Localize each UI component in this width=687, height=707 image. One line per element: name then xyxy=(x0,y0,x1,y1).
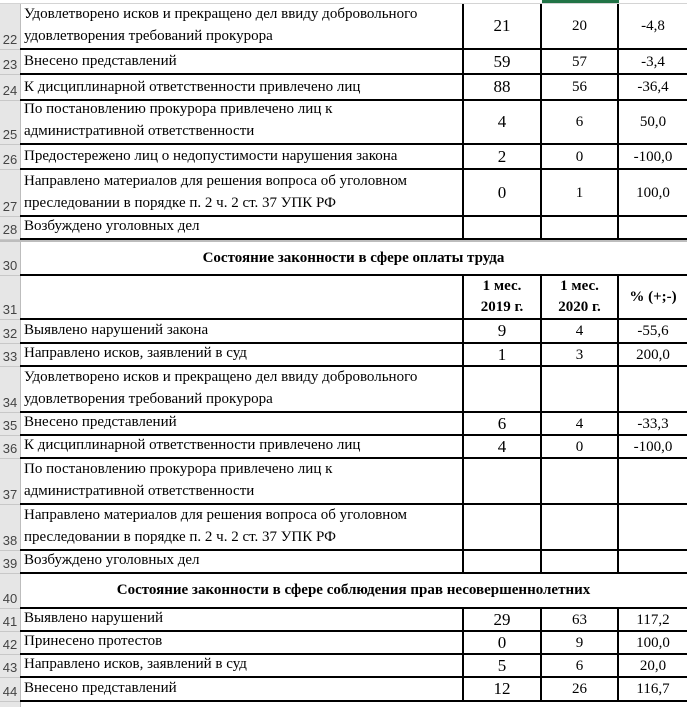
value-2019[interactable]: 2 xyxy=(464,145,542,170)
row-number[interactable]: 28 xyxy=(0,217,20,240)
value-2020[interactable]: 4 xyxy=(542,413,619,436)
table-row[interactable]: 26 Предостережено лиц о недопустимости н… xyxy=(0,145,687,170)
indicator-label[interactable]: Предостережено лиц о недопустимости нару… xyxy=(20,145,464,170)
header-2020[interactable]: 1 мес. 2020 г. xyxy=(542,276,619,320)
column-header-row[interactable]: 31 1 мес. 2019 г. 1 мес. 2020 г. % (+;-) xyxy=(0,276,687,320)
table-row[interactable]: 43 Направлено исков, заявлений в суд 5 6… xyxy=(0,655,687,678)
section-title[interactable]: Состояние законности в сфере оплаты труд… xyxy=(20,242,687,276)
indicator-label[interactable]: По постановлению прокурора привлечено ли… xyxy=(20,459,464,505)
percent-change[interactable]: 117,2 xyxy=(619,609,687,632)
table-row[interactable]: 44 Внесено представлений 12 26 116,7 xyxy=(0,678,687,702)
indicator-label[interactable]: Принесено протестов xyxy=(20,632,464,655)
table-row-partial[interactable] xyxy=(0,702,687,707)
row-number[interactable]: 27 xyxy=(0,170,20,217)
header-percent[interactable]: % (+;-) xyxy=(619,276,687,320)
percent-change[interactable]: 116,7 xyxy=(619,678,687,702)
percent-change[interactable]: 20,0 xyxy=(619,655,687,678)
row-number[interactable] xyxy=(0,702,20,707)
value-2019[interactable]: 5 xyxy=(464,655,542,678)
value-2020[interactable]: 56 xyxy=(542,75,619,101)
value-2019[interactable]: 12 xyxy=(464,678,542,702)
value-2020[interactable]: 1 xyxy=(542,170,619,217)
percent-change[interactable]: 200,0 xyxy=(619,344,687,367)
percent-change[interactable] xyxy=(619,551,687,574)
percent-change[interactable]: -33,3 xyxy=(619,413,687,436)
section-header-row[interactable]: 30 Состояние законности в сфере оплаты т… xyxy=(0,242,687,276)
table-row[interactable]: 42 Принесено протестов 0 9 100,0 xyxy=(0,632,687,655)
row-number[interactable]: 26 xyxy=(0,145,20,170)
value-2019[interactable]: 88 xyxy=(464,75,542,101)
indicator-label[interactable]: Направлено исков, заявлений в суд xyxy=(20,655,464,678)
indicator-label[interactable]: Выявлено нарушений закона xyxy=(20,320,464,344)
table-row[interactable]: 34 Удовлетворено исков и прекращено дел … xyxy=(0,367,687,413)
spreadsheet-grid: 22 Удовлетворено исков и прекращено дел … xyxy=(0,0,687,707)
indicator-header[interactable] xyxy=(20,276,464,320)
value-2019[interactable]: 4 xyxy=(464,101,542,145)
indicator-label[interactable]: Возбуждено уголовных дел xyxy=(20,551,464,574)
value-2019[interactable]: 4 xyxy=(464,436,542,459)
value-2020[interactable]: 3 xyxy=(542,344,619,367)
value-2020[interactable] xyxy=(542,551,619,574)
section-title[interactable]: Состояние законности в сфере соблюдения … xyxy=(20,574,687,609)
table-row[interactable]: 38 Направлено материалов для решения воп… xyxy=(0,505,687,551)
value-2020[interactable]: 9 xyxy=(542,632,619,655)
value-2020[interactable] xyxy=(542,367,619,413)
indicator-label[interactable]: Направлено материалов для решения вопрос… xyxy=(20,505,464,551)
value-2020[interactable]: 20 xyxy=(542,4,619,50)
table-row[interactable]: 25 По постановлению прокурора привлечено… xyxy=(0,101,687,145)
indicator-label[interactable]: По постановлению прокурора привлечено ли… xyxy=(20,101,464,145)
value-2019[interactable]: 1 xyxy=(464,344,542,367)
value-2019[interactable] xyxy=(464,459,542,505)
value-2020[interactable]: 0 xyxy=(542,145,619,170)
value-2019[interactable]: 59 xyxy=(464,50,542,75)
row-number[interactable]: 33 xyxy=(0,344,20,367)
percent-change[interactable] xyxy=(619,217,687,240)
percent-change[interactable] xyxy=(619,459,687,505)
table-row[interactable]: 23 Внесено представлений 59 57 -3,4 xyxy=(0,50,687,75)
indicator-label[interactable]: Выявлено нарушений xyxy=(20,609,464,632)
row-number[interactable]: 35 xyxy=(0,413,20,436)
percent-change[interactable] xyxy=(619,505,687,551)
percent-change[interactable]: 50,0 xyxy=(619,101,687,145)
percent-change[interactable]: -100,0 xyxy=(619,145,687,170)
value-2020[interactable]: 4 xyxy=(542,320,619,344)
indicator-label[interactable]: Удовлетворено исков и прекращено дел вви… xyxy=(20,367,464,413)
value-2019[interactable]: 0 xyxy=(464,170,542,217)
percent-change[interactable]: -100,0 xyxy=(619,436,687,459)
indicator-label[interactable]: Внесено представлений xyxy=(20,50,464,75)
row-number[interactable]: 30 xyxy=(0,242,20,276)
row-number[interactable]: 38 xyxy=(0,505,20,551)
indicator-label[interactable]: Удовлетворено исков и прекращено дел вви… xyxy=(20,4,464,50)
section-header-row[interactable]: 40 Состояние законности в сфере соблюден… xyxy=(0,574,687,609)
row-number[interactable]: 43 xyxy=(0,655,20,678)
table-row[interactable]: 22 Удовлетворено исков и прекращено дел … xyxy=(0,4,687,50)
value-2020[interactable]: 0 xyxy=(542,436,619,459)
row-number[interactable]: 36 xyxy=(0,436,20,459)
table-row[interactable]: 39 Возбуждено уголовных дел xyxy=(0,551,687,574)
row-number[interactable]: 22 xyxy=(0,4,20,50)
value-2020[interactable]: 57 xyxy=(542,50,619,75)
indicator-label[interactable]: Направлено исков, заявлений в суд xyxy=(20,344,464,367)
row-number[interactable]: 31 xyxy=(0,276,20,320)
table-row[interactable]: 37 По постановлению прокурора привлечено… xyxy=(0,459,687,505)
indicator-label[interactable]: Внесено представлений xyxy=(20,413,464,436)
row-number[interactable]: 42 xyxy=(0,632,20,655)
value-2020[interactable] xyxy=(542,217,619,240)
table-row[interactable]: 33 Направлено исков, заявлений в суд 1 3… xyxy=(0,344,687,367)
value-2019[interactable]: 29 xyxy=(464,609,542,632)
value-2019[interactable] xyxy=(464,551,542,574)
value-2019[interactable]: 9 xyxy=(464,320,542,344)
percent-change[interactable]: 100,0 xyxy=(619,632,687,655)
percent-change[interactable]: 100,0 xyxy=(619,170,687,217)
row-number[interactable]: 24 xyxy=(0,75,20,101)
header-2019[interactable]: 1 мес. 2019 г. xyxy=(464,276,542,320)
value-2020[interactable]: 26 xyxy=(542,678,619,702)
value-2019[interactable] xyxy=(464,217,542,240)
row-number[interactable]: 37 xyxy=(0,459,20,505)
row-number[interactable]: 23 xyxy=(0,50,20,75)
row-number[interactable]: 44 xyxy=(0,678,20,702)
percent-change[interactable]: -55,6 xyxy=(619,320,687,344)
value-2020[interactable]: 63 xyxy=(542,609,619,632)
row-number[interactable]: 25 xyxy=(0,101,20,145)
indicator-label[interactable]: К дисциплинарной ответственности привлеч… xyxy=(20,436,464,459)
percent-change[interactable]: -3,4 xyxy=(619,50,687,75)
percent-change[interactable]: -36,4 xyxy=(619,75,687,101)
value-2019[interactable] xyxy=(464,505,542,551)
indicator-label[interactable]: Возбуждено уголовных дел xyxy=(20,217,464,240)
row-number[interactable]: 32 xyxy=(0,320,20,344)
indicator-label[interactable]: Направлено материалов для решения вопрос… xyxy=(20,170,464,217)
row-number[interactable]: 34 xyxy=(0,367,20,413)
table-row[interactable]: 28 Возбуждено уголовных дел xyxy=(0,217,687,240)
table-row[interactable]: 41 Выявлено нарушений 29 63 117,2 xyxy=(0,609,687,632)
value-2020[interactable]: 6 xyxy=(542,655,619,678)
value-2019[interactable] xyxy=(464,367,542,413)
value-2020[interactable] xyxy=(542,459,619,505)
row-number[interactable]: 40 xyxy=(0,574,20,609)
value-2019[interactable]: 0 xyxy=(464,632,542,655)
value-2020[interactable]: 6 xyxy=(542,101,619,145)
indicator-label[interactable]: Внесено представлений xyxy=(20,678,464,702)
row-number[interactable]: 41 xyxy=(0,609,20,632)
table-row[interactable]: 36 К дисциплинарной ответственности прив… xyxy=(0,436,687,459)
table-row[interactable]: 27 Направлено материалов для решения воп… xyxy=(0,170,687,217)
value-2019[interactable]: 21 xyxy=(464,4,542,50)
selected-column-indicator xyxy=(542,0,619,3)
percent-change[interactable]: -4,8 xyxy=(619,4,687,50)
row-number[interactable]: 39 xyxy=(0,551,20,574)
table-row[interactable]: 35 Внесено представлений 6 4 -33,3 xyxy=(0,413,687,436)
value-2020[interactable] xyxy=(542,505,619,551)
table-row[interactable]: 32 Выявлено нарушений закона 9 4 -55,6 xyxy=(0,320,687,344)
percent-change[interactable] xyxy=(619,367,687,413)
value-2019[interactable]: 6 xyxy=(464,413,542,436)
